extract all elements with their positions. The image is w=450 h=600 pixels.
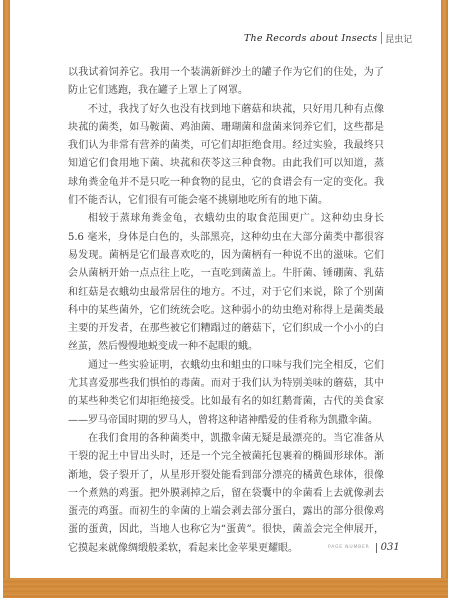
footer-divider: [376, 543, 377, 553]
paragraph: 不过，我找了好久也没有找到地下蘑菇和块菰，只好用几种有点像块菰的菌类，如马鞍菌、…: [68, 101, 384, 211]
page-footer: PAGE NUMBER 031: [328, 542, 400, 553]
wood-frame-left: [3, 0, 10, 580]
header-divider: [381, 32, 382, 44]
book-page-frame: The Records about Insects 昆虫记 以我试着饲养它。我用…: [0, 0, 450, 600]
header-title-en: The Records about Insects: [244, 33, 377, 44]
page-number-label: PAGE NUMBER: [328, 545, 370, 550]
paragraph: 相较于蒸球角粪金龟，衣蛾幼虫的取食范围更广。这种幼虫身长 5.6 毫米，身体是白…: [68, 210, 384, 356]
header-title-cn: 昆虫记: [385, 32, 412, 45]
wood-frame-right: [441, 0, 448, 580]
paragraph: 通过一些实验证明，衣蛾幼虫和蛆虫的口味与我们完全相反，它们尤其喜爱那些我们惧怕的…: [68, 357, 384, 430]
paragraph: 以我试着饲养它。我用一个装满新鲜沙土的罐子作为它们的住处，为了防止它们逃跑，我在…: [68, 64, 384, 101]
page-number: 031: [381, 542, 400, 553]
running-header: The Records about Insects 昆虫记: [244, 30, 412, 46]
body-text: 以我试着饲养它。我用一个装满新鲜沙土的罐子作为它们的住处，为了防止它们逃跑，我在…: [68, 64, 384, 558]
paragraph: 在我们食用的各种菌类中，凯撒伞菌无疑是最漂亮的。当它准备从干裂的泥土中冒出头时，…: [68, 430, 384, 558]
wood-frame-bottom: [3, 578, 448, 598]
